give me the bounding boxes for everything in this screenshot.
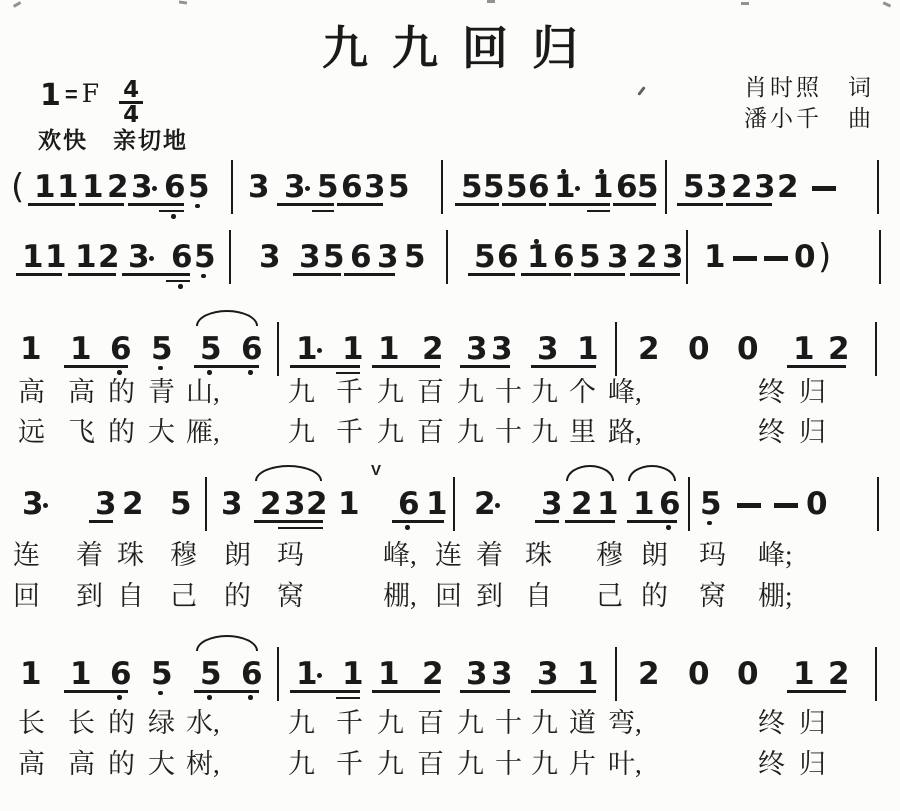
beam [531, 365, 596, 368]
note-digit: 6 [171, 240, 193, 274]
lyric-syllable: 飞 [68, 417, 95, 447]
lyric-syllable: 着 [76, 540, 103, 570]
lyric-syllable: 雁, [186, 417, 220, 447]
octave-dot-low [666, 525, 671, 530]
barline [277, 322, 279, 376]
lyric-syllable: 十 [495, 749, 522, 779]
duration-dash [737, 503, 761, 508]
lyric-syllable: 己 [170, 581, 197, 611]
lyric-syllable: 千 [336, 417, 363, 447]
lyric-syllable: 九 [377, 749, 404, 779]
beam [64, 690, 128, 693]
beam [312, 210, 334, 213]
octave-dot-low [207, 695, 212, 700]
beam [372, 690, 440, 693]
lyric-syllable: 片 [569, 749, 596, 779]
beam [293, 273, 341, 276]
note-digit: 5 [388, 170, 410, 204]
beam [613, 203, 656, 206]
note-digit: 1 [554, 170, 576, 204]
lyric-syllable: 终 [758, 377, 785, 407]
augmentation-dot [317, 673, 322, 678]
note-digit: 3 [491, 657, 513, 691]
augmentation-dot [305, 186, 310, 191]
rest-note: 0 [688, 657, 710, 691]
beam [630, 273, 680, 276]
lyric-syllable: 百 [417, 417, 444, 447]
lyric-syllable: 长 [68, 708, 95, 738]
lyric-syllable: 九 [457, 708, 484, 738]
lyric-syllable: 棚; [758, 581, 793, 611]
augmentation-dot [495, 503, 500, 508]
lyric-syllable: 棚, [383, 581, 417, 611]
lyric-syllable: 峰, [608, 377, 642, 407]
lyric-syllable: 的 [641, 581, 668, 611]
note-digit: 2 [98, 240, 120, 274]
note-digit: 1 [378, 332, 400, 366]
barline [875, 647, 877, 701]
barline [875, 322, 877, 376]
beam [336, 372, 360, 375]
beam [565, 520, 615, 523]
beam [278, 527, 323, 530]
sheet-music-page: 九九回归 1=F44 欢快 亲切地 肖时照 词 潘小千 曲 (111236533… [0, 0, 900, 811]
note-digit: 3 [537, 657, 559, 691]
lyric-syllable: 九 [457, 749, 484, 779]
note-digit: 1 [704, 240, 726, 274]
lyric-syllable: 九 [531, 377, 558, 407]
note-digit: 5 [506, 170, 528, 204]
print-speck [637, 86, 646, 96]
note-digit: 5 [474, 240, 496, 274]
barline [615, 322, 617, 376]
rest-note: 0 [737, 332, 759, 366]
lyric-syllable: 千 [336, 377, 363, 407]
barline [615, 647, 617, 701]
note-digit: 2 [828, 332, 850, 366]
lyric-syllable: 百 [417, 749, 444, 779]
note-digit: 2 [422, 332, 444, 366]
slur [628, 465, 676, 481]
note-digit: 1 [22, 240, 44, 274]
note-digit: 2 [638, 657, 660, 691]
lyric-syllable: 归 [799, 417, 826, 447]
lyric-syllable: 珠 [117, 540, 144, 570]
augmentation-dot [575, 186, 580, 191]
lyric-syllable: 朗 [224, 540, 251, 570]
octave-dot-low [207, 370, 212, 375]
note-digit: 1 [70, 657, 92, 691]
beam [89, 520, 113, 523]
lyric-syllable: 千 [336, 749, 363, 779]
note-digit: 1 [577, 657, 599, 691]
note-digit: 6 [616, 170, 638, 204]
lyric-syllable: 大 [148, 417, 175, 447]
note-digit: 3 [706, 170, 728, 204]
note-digit: 1 [57, 170, 79, 204]
barline [879, 230, 881, 284]
lyric-syllable: 里 [569, 417, 596, 447]
note-digit: 6 [659, 487, 681, 521]
note-digit: 5 [461, 170, 483, 204]
note-digit: 6 [341, 170, 363, 204]
beam [549, 203, 610, 206]
note-digit: 5 [194, 240, 216, 274]
note-digit: 6 [241, 657, 263, 691]
barline [877, 160, 879, 214]
lyric-syllable: 回 [435, 581, 462, 611]
lyric-syllable: 玛 [277, 540, 304, 570]
beam [68, 273, 116, 276]
slur [196, 635, 258, 651]
duration-dash [774, 503, 798, 508]
lyric-syllable: 的 [108, 749, 135, 779]
duration-dash [733, 256, 757, 261]
augmentation-dot [43, 503, 48, 508]
note-digit: 1 [378, 657, 400, 691]
octave-dot-low [117, 370, 122, 375]
note-digit: 3 [537, 332, 559, 366]
time-numerator: 4 [123, 80, 139, 100]
augmentation-dot [317, 348, 322, 353]
note-digit: 1 [296, 657, 318, 691]
beam [290, 365, 360, 368]
lyric-syllable: 路, [608, 417, 642, 447]
lyric-syllable: 到 [476, 581, 503, 611]
lyric-syllable: 九 [531, 749, 558, 779]
note-digit: 1 [342, 657, 364, 691]
note-digit: 3 [364, 170, 386, 204]
beam [502, 203, 546, 206]
duration-dash [812, 186, 836, 191]
edge-tick [741, 2, 749, 5]
note-digit: 2 [777, 170, 799, 204]
lyric-syllable: 弯, [608, 708, 642, 738]
octave-dot-low [195, 204, 200, 209]
rest-note: 0 [794, 240, 816, 274]
beam [521, 273, 571, 276]
beam [535, 520, 559, 523]
note-digit: 1 [793, 657, 815, 691]
note-digit: 1 [527, 240, 549, 274]
note-digit: 6 [110, 657, 132, 691]
beam [79, 203, 124, 206]
note-digit: 1 [592, 170, 614, 204]
lyric-syllable: 叶, [608, 749, 642, 779]
lyric-syllable: 九 [531, 708, 558, 738]
rest-note: 0 [737, 657, 759, 691]
octave-dot-low [171, 214, 176, 219]
lyric-syllable: 十 [495, 377, 522, 407]
lyric-syllable: 高 [68, 749, 95, 779]
beam [787, 365, 846, 368]
beam [726, 203, 772, 206]
lyric-syllable: 峰, [383, 540, 417, 570]
note-digit: 2 [731, 170, 753, 204]
beam [128, 203, 184, 206]
barline [686, 230, 688, 284]
note-digit: 2 [260, 487, 282, 521]
octave-dot-low [201, 274, 206, 279]
page-title: 九九回归 [0, 12, 900, 78]
note-digit: 5 [317, 170, 339, 204]
beam [166, 280, 190, 283]
barline [688, 477, 690, 531]
lyric-syllable: 树, [186, 749, 220, 779]
lyric-syllable: 长 [18, 708, 45, 738]
lyric-syllable: 百 [417, 708, 444, 738]
note-digit: 5 [700, 487, 722, 521]
note-digit: 5 [200, 657, 222, 691]
note-digit: 6 [164, 170, 186, 204]
lyric-syllable: 九 [457, 417, 484, 447]
note-digit: 1 [82, 170, 104, 204]
note-digit: 3 [259, 240, 281, 274]
note-digit: 3 [131, 170, 153, 204]
note-digit: 5 [404, 240, 426, 274]
beam [468, 273, 515, 276]
barline [277, 647, 279, 701]
beam [372, 365, 440, 368]
lyric-syllable: 终 [758, 708, 785, 738]
note-digit: 6 [241, 332, 263, 366]
augmentation-dot [149, 256, 154, 261]
lyric-syllable: 穆 [170, 540, 197, 570]
edge-tick [179, 0, 187, 4]
note-digit: 6 [398, 487, 420, 521]
octave-dot-low [248, 370, 253, 375]
note-digit: 6 [553, 240, 575, 274]
lyric-syllable: 的 [224, 581, 251, 611]
beam [254, 520, 323, 523]
lyric-syllable: 连 [435, 540, 462, 570]
duration-dash [764, 256, 788, 261]
lyric-syllable: 自 [525, 581, 552, 611]
phrase-paren: ( [11, 170, 24, 204]
note-digit: 5 [323, 240, 345, 274]
lyric-syllable: 十 [495, 708, 522, 738]
lyric-syllable: 玛 [699, 540, 726, 570]
lyric-syllable: 远 [18, 417, 45, 447]
note-digit: 2 [571, 487, 593, 521]
octave-dot-low [117, 695, 122, 700]
note-digit: 1 [20, 332, 42, 366]
lyric-syllable: 九 [377, 417, 404, 447]
note-digit: 1 [70, 332, 92, 366]
note-digit: 3 [662, 240, 684, 274]
note-digit: 3 [22, 487, 44, 521]
note-digit: 6 [110, 332, 132, 366]
lyric-syllable: 高 [18, 377, 45, 407]
lyric-syllable: 穆 [596, 540, 623, 570]
note-digit: 3 [221, 487, 243, 521]
note-digit: 1 [34, 170, 56, 204]
beam [574, 273, 625, 276]
note-digit: 2 [422, 657, 444, 691]
edge-tick [487, 0, 495, 3]
lyric-syllable: 己 [596, 581, 623, 611]
note-digit: 1 [577, 332, 599, 366]
lyricist-credit: 肖时照 词 [744, 72, 874, 103]
note-digit: 5 [683, 170, 705, 204]
beam [627, 520, 677, 523]
beam [677, 203, 723, 206]
note-digit: 3 [284, 170, 306, 204]
octave-dot-low [158, 366, 163, 371]
note-digit: 5 [579, 240, 601, 274]
lyric-syllable: 连 [13, 540, 40, 570]
note-digit: 2 [107, 170, 129, 204]
note-digit: 3 [284, 487, 306, 521]
note-digit: 5 [170, 487, 192, 521]
note-digit: 6 [497, 240, 519, 274]
lyric-syllable: 个 [569, 377, 596, 407]
credits: 肖时照 词 潘小千 曲 [744, 72, 874, 134]
note-digit: 2 [828, 657, 850, 691]
lyric-syllable: 珠 [525, 540, 552, 570]
slur [196, 310, 258, 326]
note-digit: 3 [607, 240, 629, 274]
note-digit: 5 [200, 332, 222, 366]
note-digit: 3 [466, 332, 488, 366]
lyric-syllable: 朗 [641, 540, 668, 570]
lyric-syllable: 峰; [758, 540, 793, 570]
lyric-syllable: 青 [148, 377, 175, 407]
breath-mark: V [371, 463, 381, 479]
lyric-syllable: 归 [799, 377, 826, 407]
octave-dot-high [599, 169, 604, 174]
lyric-syllable: 窝 [699, 581, 726, 611]
note-digit: 1 [75, 240, 97, 274]
lyric-syllable: 九 [377, 708, 404, 738]
octave-dot-low [158, 691, 163, 696]
lyric-syllable: 自 [117, 581, 144, 611]
lyric-syllable: 归 [799, 749, 826, 779]
note-digit: 1 [633, 487, 655, 521]
lyric-syllable: 九 [288, 417, 315, 447]
barline [665, 160, 667, 214]
lyric-syllable: 九 [288, 377, 315, 407]
note-digit: 6 [528, 170, 550, 204]
beam [194, 365, 259, 368]
key-tonic: F [82, 79, 99, 108]
beam [455, 203, 499, 206]
lyric-syllable: 归 [799, 708, 826, 738]
beam [194, 690, 259, 693]
lyric-syllable: 千 [336, 708, 363, 738]
beam [531, 690, 596, 693]
note-digit: 3 [541, 487, 563, 521]
lyric-syllable: 百 [417, 377, 444, 407]
key-do: 1 [40, 78, 61, 113]
beam [64, 365, 128, 368]
note-digit: 5 [483, 170, 505, 204]
note-digit: 5 [637, 170, 659, 204]
beam [587, 210, 610, 213]
octave-dot-low [178, 284, 183, 289]
note-digit: 1 [597, 487, 619, 521]
note-digit: 1 [426, 487, 448, 521]
lyric-syllable: 九 [531, 417, 558, 447]
barline [231, 160, 233, 214]
tempo-marking: 欢快 亲切地 [38, 122, 188, 155]
octave-dot-high [561, 169, 566, 174]
beam [16, 273, 62, 276]
octave-dot-low [405, 525, 410, 530]
note-digit: 1 [338, 487, 360, 521]
lyric-syllable: 的 [108, 708, 135, 738]
beam [787, 690, 846, 693]
beam [277, 203, 334, 206]
note-digit: 2 [638, 332, 660, 366]
time-signature: 44 [119, 80, 143, 125]
note-digit: 1 [45, 240, 67, 274]
lyric-syllable: 终 [758, 417, 785, 447]
lyric-syllable: 九 [457, 377, 484, 407]
note-digit: 1 [20, 657, 42, 691]
key-equals-sign: = [61, 82, 82, 107]
note-digit: 3 [248, 170, 270, 204]
lyric-syllable: 山, [186, 377, 220, 407]
note-digit: 2 [474, 487, 496, 521]
phrase-paren: ) [818, 240, 831, 274]
lyric-syllable: 绿 [148, 708, 175, 738]
lyric-syllable: 水, [186, 708, 220, 738]
lyric-syllable: 的 [108, 377, 135, 407]
note-digit: 6 [350, 240, 372, 274]
note-digit: 1 [342, 332, 364, 366]
note-digit: 3 [128, 240, 150, 274]
lyric-syllable: 窝 [277, 581, 304, 611]
note-digit: 5 [151, 332, 173, 366]
beam [159, 210, 184, 213]
lyric-syllable: 九 [288, 749, 315, 779]
beam [344, 273, 395, 276]
lyric-syllable: 九 [377, 377, 404, 407]
beam [28, 203, 75, 206]
note-digit: 1 [296, 332, 318, 366]
octave-dot-low [707, 521, 712, 526]
octave-dot-low [248, 695, 253, 700]
lyric-syllable: 九 [288, 708, 315, 738]
slur [566, 465, 614, 481]
augmentation-dot [152, 186, 157, 191]
lyric-syllable: 大 [148, 749, 175, 779]
note-digit: 3 [377, 240, 399, 274]
composer-credit: 潘小千 曲 [744, 103, 874, 134]
edge-tick [13, 1, 21, 7]
rest-note: 0 [806, 487, 828, 521]
barline [229, 230, 231, 284]
note-digit: 1 [793, 332, 815, 366]
barline [453, 477, 455, 531]
note-digit: 3 [491, 332, 513, 366]
octave-dot-high [534, 239, 539, 244]
beam [290, 690, 360, 693]
note-digit: 2 [122, 487, 144, 521]
beam [460, 690, 510, 693]
beam [460, 365, 510, 368]
note-digit: 2 [636, 240, 658, 274]
lyric-syllable: 到 [76, 581, 103, 611]
barline [205, 477, 207, 531]
note-digit: 3 [466, 657, 488, 691]
lyric-syllable: 的 [108, 417, 135, 447]
lyric-syllable: 回 [13, 581, 40, 611]
beam [122, 273, 190, 276]
barline [877, 477, 879, 531]
note-digit: 3 [95, 487, 117, 521]
